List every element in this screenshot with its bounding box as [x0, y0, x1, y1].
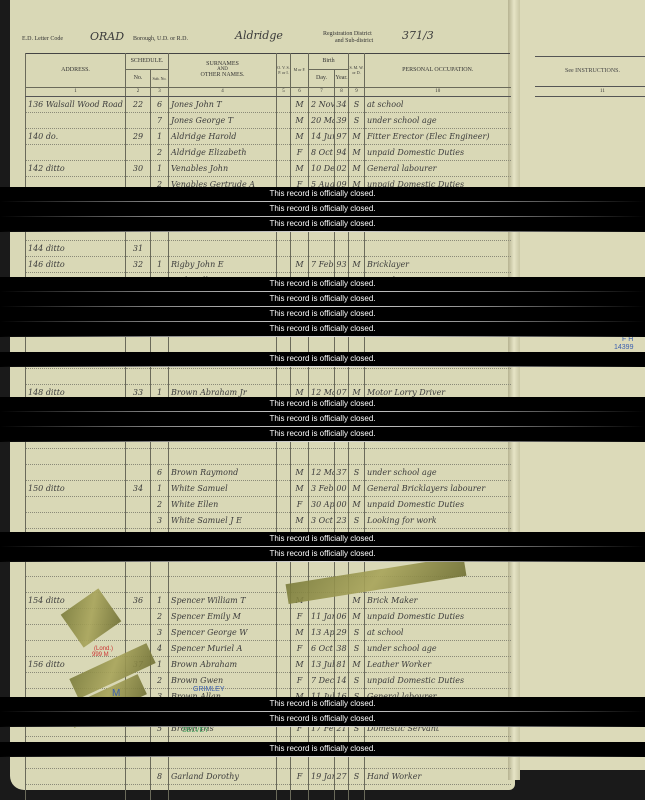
cell-address: 136 Walsall Wood Road — [26, 96, 126, 112]
cell-day: 8 Oct — [309, 144, 335, 160]
cell-year — [335, 336, 349, 352]
reg-label-2: and Sub-district — [335, 38, 373, 44]
cell-name: Aldridge Harold — [169, 128, 277, 144]
cell-day: 11 Jan — [309, 608, 335, 624]
col-birth: Birth — [309, 53, 349, 69]
cell-name: White Ellen — [169, 496, 277, 512]
col-number: 3 — [151, 87, 169, 96]
cell-status: S — [349, 640, 365, 656]
cell-occ: under school age — [365, 640, 511, 656]
instructions-page — [515, 0, 645, 770]
col-year: Year. — [335, 69, 349, 87]
borough-label: Borough, U.D. or R.D. — [133, 36, 188, 42]
cell-occ: unpaid Domestic Duties — [365, 672, 511, 688]
reg-label-1: Registration District — [323, 31, 372, 37]
col-surnames: SURNAMESANDOTHER NAMES. — [169, 53, 277, 87]
cell-no: 36 — [126, 592, 151, 608]
ed-label: E.D. Letter Code — [22, 36, 63, 42]
cell-address — [26, 576, 126, 592]
cell-status: S — [349, 96, 365, 112]
cell-occ — [365, 448, 511, 464]
cell-no — [126, 336, 151, 352]
cell-sub: 2 — [151, 496, 169, 512]
cell-name: White Samuel J E — [169, 512, 277, 528]
cell-occ: unpaid Domestic Duties — [365, 144, 511, 160]
cell-name — [169, 336, 277, 352]
cell-day: 7 Feb — [309, 256, 335, 272]
cell-sex — [291, 336, 309, 352]
side-stamp: F H — [622, 336, 633, 343]
cell-sex — [291, 368, 309, 384]
table-row: 2Aldridge ElizabethF8 Oct94Munpaid Domes… — [26, 144, 511, 160]
cell-no — [126, 512, 151, 528]
cell-address — [26, 512, 126, 528]
cell-sub: 4 — [151, 640, 169, 656]
cell-address: 150 ditto — [26, 480, 126, 496]
cell-occ: at school — [365, 624, 511, 640]
cell-name: Aldridge Elizabeth — [169, 144, 277, 160]
col-number: 8 — [335, 87, 349, 96]
cell-sex: M — [291, 96, 309, 112]
closed-record-banner: This record is officially closed. — [0, 742, 645, 756]
cell-no: 30 — [126, 160, 151, 176]
closed-record-banner: This record is officially closed. — [0, 397, 645, 411]
closed-record-banner: This record is officially closed. — [0, 202, 645, 216]
cell-sub: 1 — [151, 160, 169, 176]
cell-no: 29 — [126, 128, 151, 144]
cell-year: 94 — [335, 144, 349, 160]
cell-day: 12 Mar — [309, 464, 335, 480]
cell-day — [309, 448, 335, 464]
cell-status: S — [349, 112, 365, 128]
cell-ovsp — [277, 336, 291, 352]
cell-name: Brown Raymond — [169, 464, 277, 480]
cell-sex — [291, 784, 309, 800]
cell-status — [349, 448, 365, 464]
cell-occ: Bricklayer — [365, 256, 511, 272]
cell-sub: 2 — [151, 144, 169, 160]
cell-day: 3 Feb — [309, 480, 335, 496]
cell-name — [169, 784, 277, 800]
cell-occ — [365, 336, 511, 352]
col-number: 5 — [277, 87, 291, 96]
cell-year: 39 — [335, 112, 349, 128]
cell-status: S — [349, 624, 365, 640]
cell-ovsp — [277, 128, 291, 144]
cell-no — [126, 144, 151, 160]
cell-ovsp — [277, 112, 291, 128]
col-sched-no: No. — [126, 69, 151, 87]
cell-occ: General labourer — [365, 160, 511, 176]
table-row: 144 ditto31 — [26, 240, 511, 256]
cell-address — [26, 368, 126, 384]
cell-occ: Fitter Erector (Elec Engineer) — [365, 128, 511, 144]
cell-sub: 8 — [151, 768, 169, 784]
cell-address — [26, 560, 126, 576]
cell-sub — [151, 336, 169, 352]
cell-no — [126, 496, 151, 512]
cell-sub — [151, 784, 169, 800]
cell-day: 20 May — [309, 112, 335, 128]
cell-ovsp — [277, 496, 291, 512]
cell-sub: 1 — [151, 256, 169, 272]
name-stamp-2: SELVEY — [182, 727, 209, 734]
cell-day — [309, 784, 335, 800]
cell-name: Jones George T — [169, 112, 277, 128]
cell-year — [335, 448, 349, 464]
cell-status: S — [349, 464, 365, 480]
cell-no: 32 — [126, 256, 151, 272]
cell-status: M — [349, 144, 365, 160]
cell-status: M — [349, 128, 365, 144]
cell-address — [26, 464, 126, 480]
cell-ovsp — [277, 768, 291, 784]
closed-record-banner: This record is officially closed. — [0, 532, 645, 546]
col-number: 7 — [309, 87, 335, 96]
cell-status: S — [349, 672, 365, 688]
cell-year: 06 — [335, 608, 349, 624]
col-number: 4 — [169, 87, 277, 96]
cell-year: 14 — [335, 672, 349, 688]
cell-day: 10 Dec — [309, 160, 335, 176]
cell-ovsp — [277, 784, 291, 800]
cell-day: 19 Jan — [309, 768, 335, 784]
cell-sub: 2 — [151, 608, 169, 624]
cell-year — [335, 784, 349, 800]
col-11-number: 11 — [600, 89, 605, 94]
cell-name — [169, 576, 277, 592]
cell-occ — [365, 368, 511, 384]
ed-value: ORAD — [90, 30, 124, 43]
cell-occ — [365, 784, 511, 800]
cell-name: Rigby John E — [169, 256, 277, 272]
cell-sex: M — [291, 112, 309, 128]
cell-sub: 7 — [151, 112, 169, 128]
cell-sex: M — [291, 128, 309, 144]
cell-year: 38 — [335, 640, 349, 656]
closed-row — [26, 448, 511, 464]
cell-status: M — [349, 656, 365, 672]
cell-sex: M — [291, 480, 309, 496]
cell-day: 14 June — [309, 128, 335, 144]
cell-ovsp — [277, 464, 291, 480]
closed-record-banner: This record is officially closed. — [0, 277, 645, 291]
cell-day — [309, 560, 335, 576]
cell-no: 31 — [126, 240, 151, 256]
cell-day: 13 Apr — [309, 624, 335, 640]
col-sched-sub: Sub. No. — [151, 69, 169, 87]
cell-sub: 3 — [151, 512, 169, 528]
cell-day: 3 Oct — [309, 512, 335, 528]
cell-occ: Hand Worker — [365, 768, 511, 784]
cell-name: Venables John — [169, 160, 277, 176]
table-row: 2White EllenF30 Apr00Munpaid Domestic Du… — [26, 496, 511, 512]
cell-sex: F — [291, 608, 309, 624]
col-number: 2 — [126, 87, 151, 96]
closed-record-banner: This record is officially closed. — [0, 547, 645, 561]
closed-row — [26, 784, 511, 800]
cell-sex — [291, 240, 309, 256]
cell-no — [126, 576, 151, 592]
cell-occ: Brick Maker — [365, 592, 511, 608]
cell-status: M — [349, 496, 365, 512]
cell-name: Spencer George W — [169, 624, 277, 640]
closed-record-banner: This record is officially closed. — [0, 307, 645, 321]
cell-day: 30 Apr — [309, 496, 335, 512]
cell-sex: F — [291, 768, 309, 784]
cell-sex: M — [291, 512, 309, 528]
cell-ovsp — [277, 672, 291, 688]
table-row: 8Garland DorothyF19 Jan27SHand Worker — [26, 768, 511, 784]
cell-day — [309, 240, 335, 256]
cell-status: S — [349, 512, 365, 528]
col-occupation: PERSONAL OCCUPATION. — [365, 53, 511, 87]
cell-status: M — [349, 480, 365, 496]
closed-record-banner: This record is officially closed. — [0, 187, 645, 201]
cell-ovsp — [277, 560, 291, 576]
cell-address: 146 ditto — [26, 256, 126, 272]
cell-name — [169, 240, 277, 256]
cell-ovsp — [277, 512, 291, 528]
cell-sex: M — [291, 464, 309, 480]
cell-sub — [151, 576, 169, 592]
table-row: 140 do.291Aldridge HaroldM14 June97MFitt… — [26, 128, 511, 144]
col-number: 6 — [291, 87, 309, 96]
cell-year: 34 — [335, 96, 349, 112]
cell-status: M — [349, 608, 365, 624]
col-number: 1 — [26, 87, 126, 96]
cell-sex: F — [291, 496, 309, 512]
cell-sub — [151, 448, 169, 464]
cell-year — [335, 240, 349, 256]
cell-sub: 3 — [151, 624, 169, 640]
cell-sex: M — [291, 256, 309, 272]
closed-record-banner: This record is officially closed. — [0, 217, 645, 231]
table-row: 6Brown RaymondM12 Mar37Sunder school age — [26, 464, 511, 480]
cell-day: 6 Oct — [309, 640, 335, 656]
cell-year: 02 — [335, 160, 349, 176]
cell-day: 13 July — [309, 656, 335, 672]
cell-name: Spencer Muriel A — [169, 640, 277, 656]
cell-year: 00 — [335, 496, 349, 512]
cell-name: Garland Dorothy — [169, 768, 277, 784]
cell-name: Spencer William T — [169, 592, 277, 608]
cell-ovsp — [277, 640, 291, 656]
col-number: 9 — [349, 87, 365, 96]
cell-occ: General Bricklayers labourer — [365, 480, 511, 496]
cell-ovsp — [277, 160, 291, 176]
cell-no: 34 — [126, 480, 151, 496]
cell-occ: Looking for work — [365, 512, 511, 528]
cell-sex — [291, 448, 309, 464]
cell-year: 00 — [335, 480, 349, 496]
col-sex: M or F. — [291, 53, 309, 87]
col-schedule: SCHEDULE. — [126, 53, 169, 69]
cell-sub: 2 — [151, 672, 169, 688]
reg-value: 371/3 — [402, 29, 434, 42]
name-stamp: GRIMLEY — [193, 686, 225, 693]
cell-sub — [151, 368, 169, 384]
cell-ovsp — [277, 368, 291, 384]
cell-day: 7 Dec — [309, 672, 335, 688]
cell-address — [26, 448, 126, 464]
cell-occ: at school — [365, 96, 511, 112]
cell-occ: unpaid Domestic Duties — [365, 496, 511, 512]
cell-no — [126, 112, 151, 128]
cell-ovsp — [277, 608, 291, 624]
cell-occ: under school age — [365, 112, 511, 128]
cell-sub: 1 — [151, 592, 169, 608]
closed-row — [26, 368, 511, 384]
closed-row — [26, 336, 511, 352]
cell-no — [126, 560, 151, 576]
cell-ovsp — [277, 624, 291, 640]
cell-year: 81 — [335, 656, 349, 672]
cell-no — [126, 464, 151, 480]
cell-year: 93 — [335, 256, 349, 272]
side-stamp-number: 14399 — [614, 344, 633, 351]
cell-sex — [291, 560, 309, 576]
closed-record-banner: This record is officially closed. — [0, 697, 645, 711]
cell-status — [349, 784, 365, 800]
cell-ovsp — [277, 480, 291, 496]
cell-ovsp — [277, 656, 291, 672]
col-number: 10 — [365, 87, 511, 96]
cell-address — [26, 768, 126, 784]
cell-address: 142 ditto — [26, 160, 126, 176]
cell-no — [126, 624, 151, 640]
table-row: 136 Walsall Wood Road226Jones John TM2 N… — [26, 96, 511, 112]
cell-address — [26, 112, 126, 128]
closed-record-banner: This record is officially closed. — [0, 292, 645, 306]
col-ovsp: O. V. S. P. or I. — [277, 53, 291, 87]
cell-status — [349, 240, 365, 256]
cell-address — [26, 496, 126, 512]
closed-record-banner: This record is officially closed. — [0, 712, 645, 726]
cell-day — [309, 368, 335, 384]
cell-year: 97 — [335, 128, 349, 144]
cell-status: M — [349, 256, 365, 272]
cell-year: 29 — [335, 624, 349, 640]
cell-ovsp — [277, 240, 291, 256]
cell-address — [26, 784, 126, 800]
cell-no — [126, 368, 151, 384]
cell-status: M — [349, 592, 365, 608]
cell-name: Spencer Emily M — [169, 608, 277, 624]
cell-year: 23 — [335, 512, 349, 528]
closed-record-banner: This record is officially closed. — [0, 352, 645, 366]
table-row: 150 ditto341White SamuelM3 Feb00MGeneral… — [26, 480, 511, 496]
table-row: 3White Samuel J EM3 Oct23SLooking for wo… — [26, 512, 511, 528]
table-row: 7Jones George TM20 May39Sunder school ag… — [26, 112, 511, 128]
col-address: ADDRESS. — [26, 53, 126, 87]
cell-sex: F — [291, 672, 309, 688]
cell-year: 37 — [335, 464, 349, 480]
table-row: 142 ditto301Venables JohnM10 Dec02MGener… — [26, 160, 511, 176]
cell-year: 27 — [335, 768, 349, 784]
red-note-2: 999 M — [92, 652, 109, 658]
cell-no: 22 — [126, 96, 151, 112]
cell-occ: unpaid Domestic Duties — [365, 608, 511, 624]
cell-address: 144 ditto — [26, 240, 126, 256]
cell-status: S — [349, 768, 365, 784]
cell-sub: 1 — [151, 480, 169, 496]
cell-name — [169, 448, 277, 464]
col-day: Day. — [309, 69, 335, 87]
cell-ovsp — [277, 96, 291, 112]
cell-sub: 6 — [151, 96, 169, 112]
cell-status — [349, 336, 365, 352]
instructions-heading: See INSTRUCTIONS. — [565, 68, 620, 74]
closed-record-banner: This record is officially closed. — [0, 427, 645, 441]
cell-address — [26, 336, 126, 352]
cell-name — [169, 560, 277, 576]
cell-status: M — [349, 160, 365, 176]
cell-occ — [365, 240, 511, 256]
cell-address — [26, 144, 126, 160]
cell-name: Jones John T — [169, 96, 277, 112]
cell-name — [169, 368, 277, 384]
cell-sub: 6 — [151, 464, 169, 480]
cell-occ: under school age — [365, 464, 511, 480]
cell-ovsp — [277, 448, 291, 464]
closed-record-banner: This record is officially closed. — [0, 322, 645, 336]
cell-sex: M — [291, 656, 309, 672]
cell-name: Brown Abraham — [169, 656, 277, 672]
cell-no — [126, 608, 151, 624]
cell-year — [335, 368, 349, 384]
cell-sub: 1 — [151, 128, 169, 144]
borough-value: Aldridge — [235, 29, 283, 42]
cell-sub — [151, 240, 169, 256]
cell-sex: M — [291, 624, 309, 640]
cell-sex: M — [291, 160, 309, 176]
table-row: 146 ditto321Rigby John EM7 Feb93MBrickla… — [26, 256, 511, 272]
cell-occ: Leather Worker — [365, 656, 511, 672]
cell-ovsp — [277, 256, 291, 272]
cell-no — [126, 768, 151, 784]
cell-day: 2 Nov — [309, 96, 335, 112]
cell-sex: F — [291, 640, 309, 656]
cell-sub — [151, 560, 169, 576]
cell-day — [309, 336, 335, 352]
closed-record-banner: This record is officially closed. — [0, 412, 645, 426]
cell-status — [349, 368, 365, 384]
cell-no — [126, 784, 151, 800]
cell-no — [126, 448, 151, 464]
cell-name: White Samuel — [169, 480, 277, 496]
cell-sex: F — [291, 144, 309, 160]
cell-ovsp — [277, 144, 291, 160]
col-smwd: S. M. W. or D. — [349, 53, 365, 87]
cell-address: 140 do. — [26, 128, 126, 144]
